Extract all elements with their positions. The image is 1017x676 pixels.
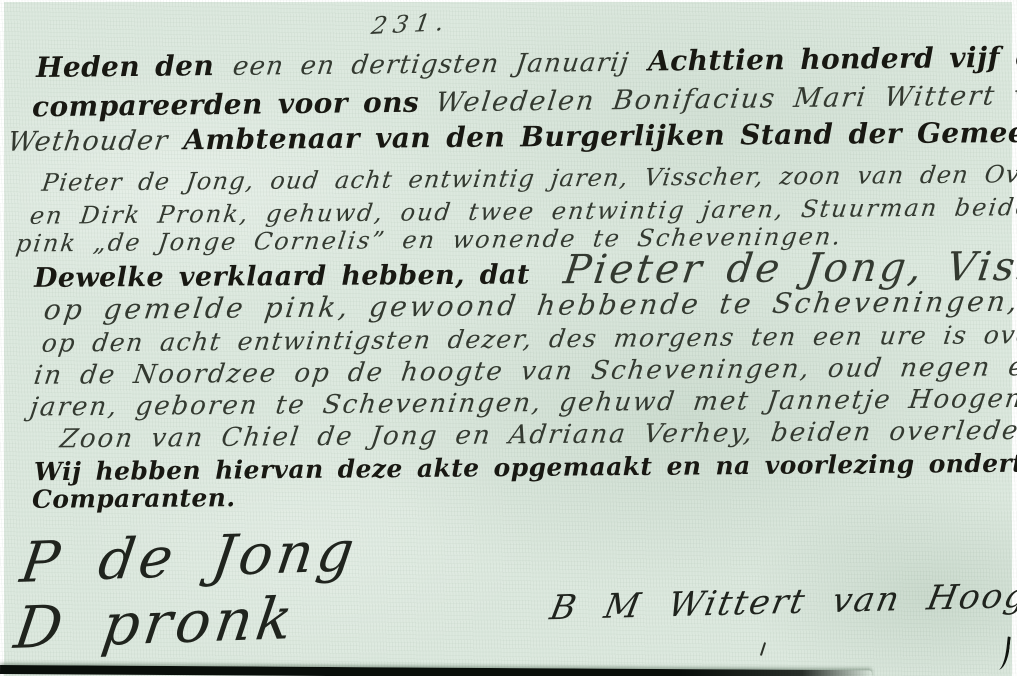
document-line-8: op gemelde pink, gewoond hebbende te Sch… (44, 288, 1017, 325)
printed-text: compareerden voor ons (32, 86, 419, 124)
handwritten-text: in de Noordzee op de hoogte van Scheveni… (32, 353, 1017, 389)
scan-curl-mark (994, 635, 1010, 670)
document-line-2: compareerden voor ons Weledelen Bonifaci… (32, 79, 1017, 122)
printed-text: Achttien honderd vijf en zestig, (648, 39, 1017, 78)
handwritten-text: jaren, geboren te Scheveningen, gehuwd m… (28, 385, 1017, 420)
handwritten-text: een en dertigsten Januarij (231, 50, 631, 80)
document-line-4: Pieter de Jong, oud acht entwintig jaren… (42, 161, 1017, 195)
document-line-14: Comparanten. (32, 485, 236, 512)
printed-text: Heden den (36, 49, 214, 84)
document-line-10: in de Noordzee op de hoogte van Scheveni… (34, 353, 1017, 389)
handwritten-text: op gemelde pink, gewoond hebbende te Sch… (42, 288, 1017, 325)
handwritten-text: Pieter de Jong, oud acht entwintig jaren… (40, 161, 1017, 195)
document-line-11: jaren, geboren te Scheveningen, gehuwd m… (30, 385, 1017, 420)
handwritten-text: Weledelen Bonifacius Mari Wittert van Ho… (434, 80, 1017, 117)
document-line-3: Wethouder Ambtenaar van den Burgerlijken… (8, 116, 1017, 156)
scanned-death-record: 231. Heden den een en dertigsten Januari… (0, 0, 1017, 676)
document-line-9: op den acht entwintigsten dezer, des mor… (42, 321, 1017, 355)
paper-background: 231. Heden den een en dertigsten Januari… (4, 2, 1012, 676)
ink-tick-mark (760, 642, 766, 656)
handwritten-name-large: Pieter de Jong, Visscher (562, 246, 1017, 290)
handwritten-text: en Dirk Pronk, gehuwd, oud twee entwinti… (28, 194, 1017, 228)
signature-witness-2: D pronk (11, 589, 300, 657)
signature-official: B M Wittert van Hoogland (547, 577, 1017, 626)
printed-text: Ambtenaar van den Burgerlijken Stand der… (183, 115, 1017, 156)
act-number: 231. (370, 10, 452, 38)
document-line-5: en Dirk Pronk, gehuwd, oud twee entwinti… (30, 194, 1017, 228)
signature-witness-1: P de Jong (17, 524, 361, 592)
document-line-12: Zoon van Chiel de Jong en Adriana Verhey… (60, 418, 1017, 453)
document-line-1: Heden den een en dertigsten Januarij Ach… (36, 42, 1017, 82)
document-line-13: Wij hebben hiervan deze akte opgemaakt e… (34, 449, 1017, 485)
handwritten-text: Wethouder (6, 127, 170, 155)
handwritten-text: Zoon van Chiel de Jong en Adriana Verhey… (58, 418, 1017, 453)
handwritten-text: op den acht entwintigsten dezer, des mor… (40, 321, 1017, 355)
